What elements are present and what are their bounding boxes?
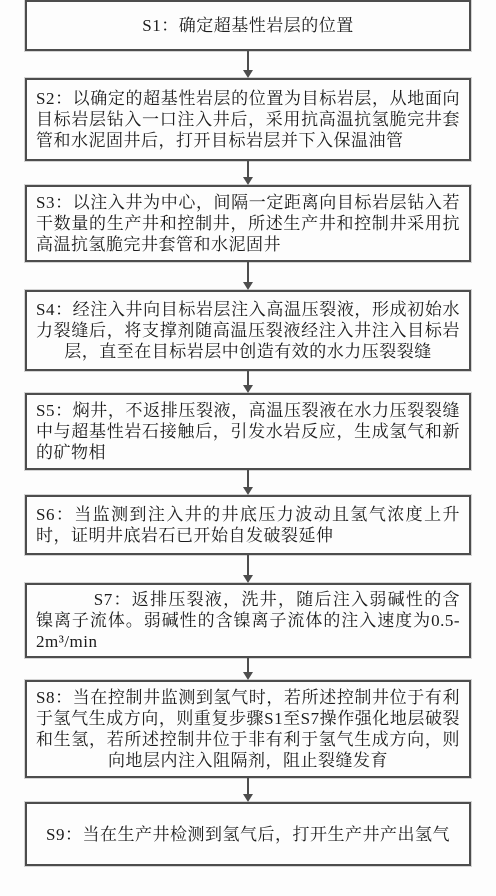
flowchart-step-s4: S4：经注入井向目标岩层注入高温压裂液，形成初始水力裂缝后，将支撑剂随高温压裂液… [25, 290, 471, 371]
flow-arrow-1 [241, 51, 255, 78]
flowchart-step-s9: S9：当在生产井检测到氢气后，打开生产井产出氢气 [25, 802, 471, 866]
flow-arrow-7 [241, 657, 255, 680]
flowchart-step-s2: S2：以确定的超基性岩层的位置为目标岩层，从地面向目标岩层钻入一口注入井后，采用… [25, 78, 471, 161]
arrow-line [247, 555, 249, 576]
arrow-line [247, 262, 249, 283]
arrow-down-icon [243, 177, 253, 185]
arrow-down-icon [243, 70, 253, 78]
flowchart-step-s7: S7：返排压裂液，洗井，随后注入弱碱性的含镍离子流体。弱碱性的含镍离子流体的注入… [25, 583, 471, 658]
flow-arrow-8 [241, 778, 255, 802]
step-s9-text: S9：当在生产井检测到氢气后，打开生产井产出氢气 [36, 824, 460, 845]
flow-arrow-3 [241, 262, 255, 290]
patent-flowchart-figure: S1：确定超基性岩层的位置 S2：以确定的超基性岩层的位置为目标岩层，从地面向目… [0, 0, 496, 896]
step-s5-text: S5：焖井，不返排压裂液，高温压裂液在水力压裂裂缝中与超基性岩石接触后，引发水岩… [36, 400, 460, 463]
step-s3-text: S3：以注入井为中心，间隔一定距离向目标岩层钻入若干数量的生产井和控制井，所述生… [36, 192, 460, 255]
arrow-down-icon [243, 385, 253, 393]
flowchart-step-s6: S6：当监测到注入井的井底压力波动且氢气浓度上升时，证明井底岩石已开始自发破裂延… [25, 495, 471, 555]
flowchart-step-s3: S3：以注入井为中心，间隔一定距离向目标岩层钻入若干数量的生产井和控制井，所述生… [25, 185, 471, 262]
arrow-down-icon [243, 672, 253, 680]
flow-arrow-5 [241, 470, 255, 495]
flow-arrow-2 [241, 161, 255, 185]
arrow-down-icon [243, 794, 253, 802]
arrow-line [247, 51, 249, 71]
step-s4-text: S4：经注入井向目标岩层注入高温压裂液，形成初始水力裂缝后，将支撑剂随高温压裂液… [36, 299, 460, 362]
flowchart-step-s8: S8：当在控制井监测到氢气时，若所述控制井位于有利于氢气生成方向，则重复步骤S1… [25, 680, 471, 778]
step-s1-text: S1：确定超基性岩层的位置 [36, 15, 460, 36]
flowchart-step-s1: S1：确定超基性岩层的位置 [25, 0, 471, 51]
arrow-down-icon [243, 282, 253, 290]
arrow-line [247, 161, 249, 178]
step-s7-text: S7：返排压裂液，洗井，随后注入弱碱性的含镍离子流体。弱碱性的含镍离子流体的注入… [36, 589, 460, 652]
arrow-line [247, 657, 249, 673]
arrow-line [247, 470, 249, 488]
flow-arrow-6 [241, 555, 255, 583]
arrow-line [247, 371, 249, 386]
arrow-down-icon [243, 575, 253, 583]
step-s6-text: S6：当监测到注入井的井底压力波动且氢气浓度上升时，证明井底岩石已开始自发破裂延… [36, 504, 460, 546]
step-s8-text: S8：当在控制井监测到氢气时，若所述控制井位于有利于氢气生成方向，则重复步骤S1… [36, 687, 460, 771]
arrow-down-icon [243, 487, 253, 495]
flow-arrow-4 [241, 371, 255, 393]
arrow-line [247, 778, 249, 795]
flowchart-step-s5: S5：焖井，不返排压裂液，高温压裂液在水力压裂裂缝中与超基性岩石接触后，引发水岩… [25, 393, 471, 470]
step-s2-text: S2：以确定的超基性岩层的位置为目标岩层，从地面向目标岩层钻入一口注入井后，采用… [36, 88, 460, 151]
